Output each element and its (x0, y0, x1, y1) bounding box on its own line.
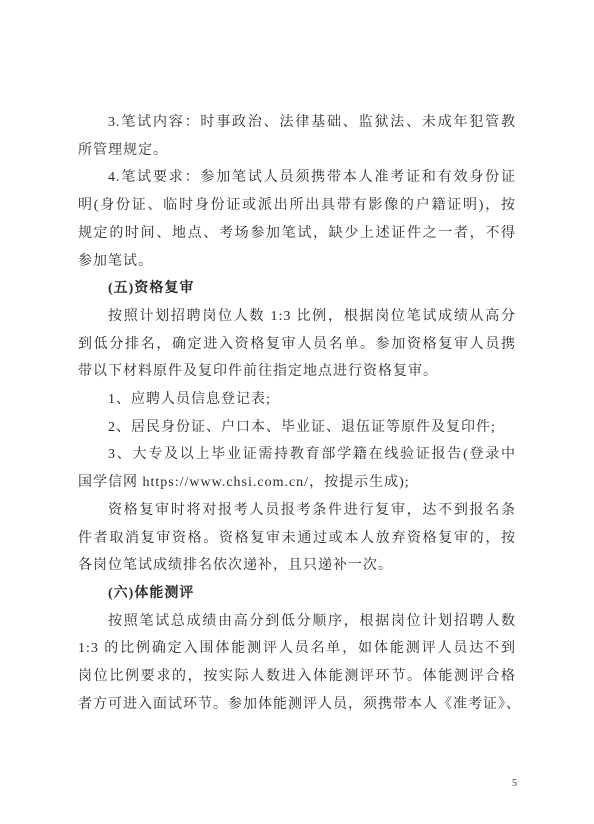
text-line: 各岗位笔试成绩排名依次递补，且只递补一次。 (78, 552, 516, 580)
text-line: 1、应聘人员信息登记表; (78, 386, 516, 414)
text-line: 3.笔试内容：时事政治、法律基础、监狱法、未成年犯管教 (78, 109, 516, 137)
text-line: 到低分排名，确定进入资格复审人员名单。参加资格复审人员携 (78, 331, 516, 359)
document-page: 3.笔试内容：时事政治、法律基础、监狱法、未成年犯管教所管理规定。4.笔试要求：… (0, 0, 594, 824)
text-line: 按照计划招聘岗位人数 1:3 比例，根据岗位笔试成绩从高分 (78, 303, 516, 331)
text-line: 1:3 的比例确定入围体能测评人员名单，如体能测评人员达不到 (78, 635, 516, 663)
text-line: 4.笔试要求：参加笔试人员须携带本人准考证和有效身份证 (78, 164, 516, 192)
text-line: 按照笔试总成绩由高分到低分顺序，根据岗位计划招聘人数 (78, 608, 516, 636)
text-line: 岗位比例要求的，按实际人数进入体能测评环节。体能测评合格 (78, 663, 516, 691)
text-line: 3、大专及以上毕业证需持教育部学籍在线验证报告(登录中 (78, 441, 516, 469)
text-line: 规定的时间、地点、考场参加笔试，缺少上述证件之一者，不得 (78, 220, 516, 248)
text-line: 明(身份证、临时身份证或派出所出具带有影像的户籍证明)，按 (78, 192, 516, 220)
section-heading: (六)体能测评 (78, 580, 516, 608)
text-line: 带以下材料原件及复印件前往指定地点进行资格复审。 (78, 358, 516, 386)
section-heading: (五)资格复审 (78, 275, 516, 303)
text-line: 2、居民身份证、户口本、毕业证、退伍证等原件及复印件; (78, 414, 516, 442)
text-line: 件者取消复审资格。资格复审未通过或本人放弃资格复审的，按 (78, 525, 516, 553)
text-line: 者方可进入面试环节。参加体能测评人员，须携带本人《准考证》、 (78, 691, 516, 719)
text-line: 资格复审时将对报考人员报考条件进行复审，达不到报名条 (78, 497, 516, 525)
text-line: 所管理规定。 (78, 137, 516, 165)
page-number: 5 (512, 777, 517, 791)
text-line: 参加笔试。 (78, 248, 516, 276)
text-line: 国学信网 https://www.chsi.com.cn/，按提示生成); (78, 469, 516, 497)
document-content: 3.笔试内容：时事政治、法律基础、监狱法、未成年犯管教所管理规定。4.笔试要求：… (78, 109, 516, 718)
